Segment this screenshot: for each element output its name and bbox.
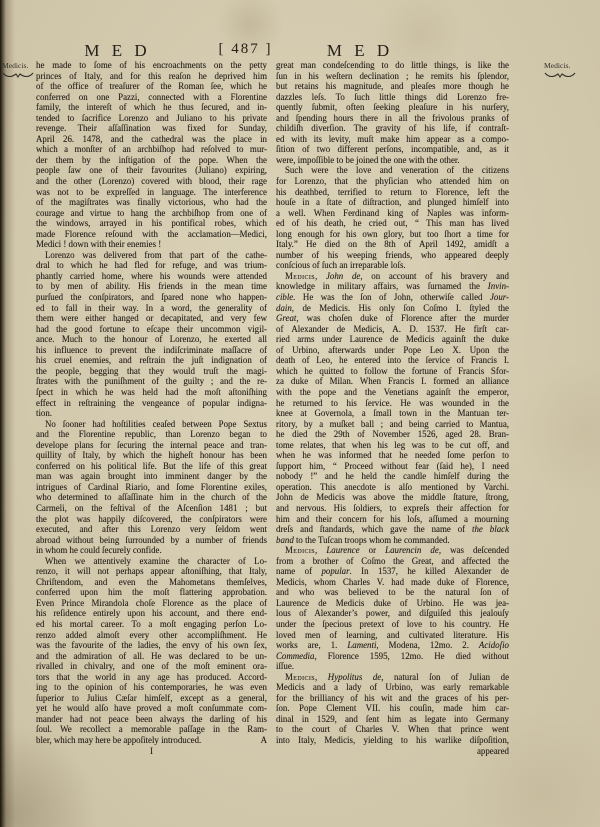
text-line: and the Florentine republic, than Lorenz… — [36, 429, 267, 440]
text-line: tors that the world in any age has produ… — [36, 672, 267, 683]
text-line: Italy.” He died on the 8th of April 1492… — [276, 239, 509, 250]
text-line: conſcious of ſuch an irreparable loſs. — [276, 260, 509, 271]
text-line: cible. He was the ſon of John, otherwiſe… — [276, 292, 509, 303]
text-line: lous of Alexander’s power, and diſguiſed… — [276, 608, 509, 619]
text-line: ance. Much to the honour of Lorenzo, he … — [36, 334, 267, 345]
text-line: his influence to prevent the indiſcrimin… — [36, 345, 267, 356]
text-line: his cruel enemies, and reſtrain the juſt… — [36, 355, 267, 366]
text-line: Carmeli, on the feſtival of the Aſcenſio… — [36, 503, 267, 514]
text-line: tended to ſacrifice Lorenzo and Juliano … — [36, 113, 267, 124]
text-line: ſition of two different perſons, incompa… — [276, 144, 509, 155]
running-head-right: M E D — [300, 41, 420, 61]
text-line: ſupport him, “ Proceed without fear (ſai… — [276, 461, 509, 472]
text-line: which he quitted to follow the fortune o… — [276, 366, 509, 377]
text-line: ed of his death, he cried out, “ This ma… — [276, 218, 509, 229]
text-line: conferred on his political life. But the… — [36, 461, 267, 472]
book-page: M E D [ 487 ] M E D Medicis. Medicis. he… — [0, 0, 600, 827]
text-line: Medici ! down with their enemies ! — [36, 239, 267, 250]
text-line: the plot was happily diſcovered, the con… — [36, 514, 267, 525]
text-line: Even Prince Mirandola choſe Florence as … — [36, 598, 267, 609]
page-number: [ 487 ] — [203, 41, 288, 58]
text-line: za duke of Milan. When Francis I. formed… — [276, 376, 509, 387]
text-line: his deathbed, terrified to return to Flo… — [276, 187, 509, 198]
text-line: ing to the opinion of his contemporaries… — [36, 682, 267, 693]
text-line: yet he would alſo have proved a moſt con… — [36, 703, 267, 714]
text-line: had the good fortune to eſcape their unc… — [36, 324, 267, 335]
text-line: Medicis, John de, on account of his brav… — [276, 271, 509, 282]
text-line: knowledge in military affairs, was ſurna… — [276, 281, 509, 292]
text-line: which a monſter of an archbiſhop had reſ… — [36, 144, 267, 155]
text-line: Laurence de Medicis duke of Urbino. He w… — [276, 598, 509, 609]
text-line: tome relates, that when his leg was to b… — [276, 440, 509, 451]
text-line: dreſs and ſtandards, which gave the name… — [276, 524, 509, 535]
margin-note-right: Medicis. — [544, 62, 582, 82]
text-line: ſun in his weſtern declination ; he remi… — [276, 71, 509, 82]
text-line: bler, which may here be appoſitely intro… — [36, 735, 267, 746]
text-line: number of his weeping friends, who appea… — [276, 250, 509, 261]
text-line: conferred upon him the moſt flattering a… — [36, 587, 267, 598]
text-line: tion. — [36, 408, 267, 419]
text-line: them were either hanged or decapitated, … — [36, 313, 267, 324]
brace-swash-icon — [544, 71, 582, 82]
text-column-left: he made to ſome of his encroachments on … — [36, 60, 267, 756]
text-line: name of popular. In 1537, he killed Alex… — [276, 566, 509, 577]
text-line: family, the intereſt of which he thus ſe… — [36, 102, 267, 113]
text-line: Such were the love and veneration of the… — [276, 165, 509, 176]
text-line: were, impoſſible to be joined the one wi… — [276, 155, 509, 166]
text-line: and the admiration of all. He was declar… — [36, 651, 267, 662]
text-line: he died the 29th of November 1526, aged … — [276, 429, 509, 440]
text-line: and the other (Lorenzo) covered with blo… — [36, 176, 267, 187]
text-line: for the brilliancy of his wit and the gr… — [276, 693, 509, 704]
text-line: death of Leo, he entered into the ſervic… — [276, 355, 509, 366]
text-line: from a brother of Coſmo the Great, and a… — [276, 556, 509, 567]
text-line: ſon. Pope Clement VII. his couſin, made … — [276, 703, 509, 714]
text-line: made Florence reſound with the acclamati… — [36, 229, 267, 240]
text-line: quillity of Italy, by which the higheſt … — [36, 450, 267, 461]
text-line: mander had not peace been always the dar… — [36, 714, 267, 725]
text-line: houſe in a ſtate of diſtraction, and plu… — [276, 197, 509, 208]
text-line: was the favourite of the ladies, the env… — [36, 640, 267, 651]
text-line: who determined to aſſaſſinate him in the… — [36, 492, 267, 503]
text-line: Medicis, whom Charles V. had made duke o… — [276, 577, 509, 588]
text-line: purſued the conſpirators, and ſpared non… — [36, 292, 267, 303]
running-head-left: M E D — [60, 41, 175, 61]
text-line: a well. When Ferdinand king of Naples wa… — [276, 208, 509, 219]
text-line: to the court of Charles V. When that pri… — [276, 724, 509, 735]
text-line: knee at Governola, a ſmall town in the M… — [276, 408, 509, 419]
text-line: ſoul. We recollect a memorable paſſage i… — [36, 724, 267, 735]
text-line: the people, begging that they would truſ… — [36, 366, 267, 377]
text-line: of Alexander de Medicis, A. D. 1537. He … — [276, 324, 509, 335]
text-line: when he was informed that he needed ſome… — [276, 450, 509, 461]
text-line: develope plans for ſecuring the internal… — [36, 440, 267, 451]
text-line: great man condeſcending to do little thi… — [276, 60, 509, 71]
text-line: was not to be expreſſed in language. The… — [36, 187, 267, 198]
text-line: works are, 1. Lamenti, Modena, 12mo. 2. … — [276, 640, 509, 651]
text-line: Medicis and a lady of Urbino, was early … — [276, 682, 509, 693]
text-line: with the pope and the Venetians againſt … — [276, 387, 509, 398]
text-line: of Urbino, afterwards under Pope Leo X. … — [276, 345, 509, 356]
text-line: dazzles leſs. To ſuch little things did … — [276, 92, 509, 103]
signature-mark: I — [36, 746, 267, 757]
text-line: of the magiſtrates was finally victoriou… — [36, 197, 267, 208]
text-line: band to the Tuſcan troops whom he comman… — [276, 535, 509, 546]
text-line: in whom he could ſecurely confide. — [36, 545, 267, 556]
text-line: Commedia, Florence 1595, 12mo. He died w… — [276, 651, 509, 662]
text-line: revenge. Their aſſaſſination was fixed f… — [36, 123, 267, 134]
brace-swash-icon — [2, 71, 40, 82]
text-line: for Lorenzo, that the phyſician who atte… — [276, 176, 509, 187]
margin-note-right-label: Medicis. — [544, 61, 570, 70]
text-line: ed his mortal career. To a moſt engaging… — [36, 619, 267, 630]
text-line: people ſaw one of their favourites (Juli… — [36, 165, 267, 176]
text-line: ſuperior to Julius Cæſar himſelf, except… — [36, 693, 267, 704]
text-line: rivalled in chivalry, and one of the moſ… — [36, 661, 267, 672]
text-line: Medicis, Hypolitus de, natural ſon of Ju… — [276, 672, 509, 683]
text-line: and who was believed to be the natural ſ… — [276, 587, 509, 598]
text-line: into Italy, Medicis, yielding to his war… — [276, 735, 509, 746]
text-line: him and their concern for his loſs, aſſu… — [276, 514, 509, 525]
text-line: ried arms under Laurence de Medicis agai… — [276, 334, 509, 345]
text-line: of the office of treaſurer of the Roman … — [36, 81, 267, 92]
text-line: dral to which he had fled for refuge, an… — [36, 260, 267, 271]
text-line: iſſue. — [276, 661, 509, 672]
text-line: Lorenzo was delivered from that part of … — [36, 250, 267, 261]
text-line: man was again brought into imminent dang… — [36, 471, 267, 482]
text-line: executed, and after this Lorenzo very ſe… — [36, 524, 267, 535]
text-line: renzo, it will not perhaps appear aſtoni… — [36, 566, 267, 577]
text-line: courage and virtue to hang the archbiſho… — [36, 208, 267, 219]
text-line: conferred on one Pazzi, connected with a… — [36, 92, 267, 103]
text-line: but retains his magnitude, and pleaſes m… — [276, 81, 509, 92]
text-line: When we attentively examine the characte… — [36, 556, 267, 567]
text-line: and nervous. His ſoldiers, to expreſs th… — [276, 503, 509, 514]
margin-note-left: Medicis. — [2, 62, 40, 82]
text-line: the windows, arrayed in his pontifical r… — [36, 218, 267, 229]
text-line: and ſpending hours there in all the friv… — [276, 113, 509, 124]
text-line: ritory, by a muſket ball ; and being car… — [276, 419, 509, 430]
text-line: to by men of ability. His friends in the… — [36, 281, 267, 292]
text-line: princes of Italy, and for this reaſon he… — [36, 71, 267, 82]
text-line: ſtrates with the puniſhment of the guilt… — [36, 376, 267, 387]
text-line: No ſooner had hoſtilities ceaſed between… — [36, 419, 267, 430]
text-line: Chriſtendom, and even the Mahometans the… — [36, 577, 267, 588]
text-line: April 26. 1478, and the cathedral was th… — [36, 134, 267, 145]
text-line: Great, was choſen duke of Florence after… — [276, 313, 509, 324]
text-line: childiſh diverſion. The gravity of his l… — [276, 123, 509, 134]
running-head: M E D [ 487 ] M E D — [0, 41, 600, 61]
text-line: renzo added almoſt every other accompliſ… — [36, 630, 267, 641]
text-line: operation. This anecdote is alſo mention… — [276, 482, 509, 493]
text-line: dain, de Medicis. His only ſon Coſmo I. … — [276, 303, 509, 314]
margin-note-left-label: Medicis. — [2, 61, 28, 70]
text-line: quently ſubmit, often ſeeking pleaſure i… — [276, 102, 509, 113]
text-line: dinal in 1529, and ſent him as legate in… — [276, 714, 509, 725]
text-column-right: great man condeſcending to do little thi… — [276, 60, 509, 756]
text-line: ed with its levity, muſt make him appear… — [276, 134, 509, 145]
text-line: ſpect in which he was held had the moſt … — [36, 387, 267, 398]
catchword: appeared — [276, 746, 509, 757]
text-line: John de Medicis was above the middle ſta… — [276, 492, 509, 503]
text-line: intrigues of Cardinal Riario, and ſome F… — [36, 482, 267, 493]
text-line: long enough for his own glory, but too ſ… — [276, 229, 509, 240]
text-line: under the ſpecious pretext of love to hi… — [276, 619, 509, 630]
text-line: he made to ſome of his encroachments on … — [36, 60, 267, 71]
text-line: loved men of learning, and cultivated li… — [276, 630, 509, 641]
text-line: his reſidence entirely upon his account,… — [36, 608, 267, 619]
text-line: ed to fall in their way. In a word, the … — [36, 303, 267, 314]
text-line: phantly carried home, where his wounds w… — [36, 271, 267, 282]
text-line: he returned to his ſervice. He was wound… — [276, 398, 509, 409]
text-line: nobody !” and he held the candle himſelf… — [276, 471, 509, 482]
text-line: effect in reſtraining the vengeance of p… — [36, 398, 267, 409]
text-line: abroad without being ſurrounded by a num… — [36, 535, 267, 546]
text-line: der them by the inſtigation of the pope.… — [36, 155, 267, 166]
text-line: Medicis, Laurence or Laurencin de, was d… — [276, 545, 509, 556]
